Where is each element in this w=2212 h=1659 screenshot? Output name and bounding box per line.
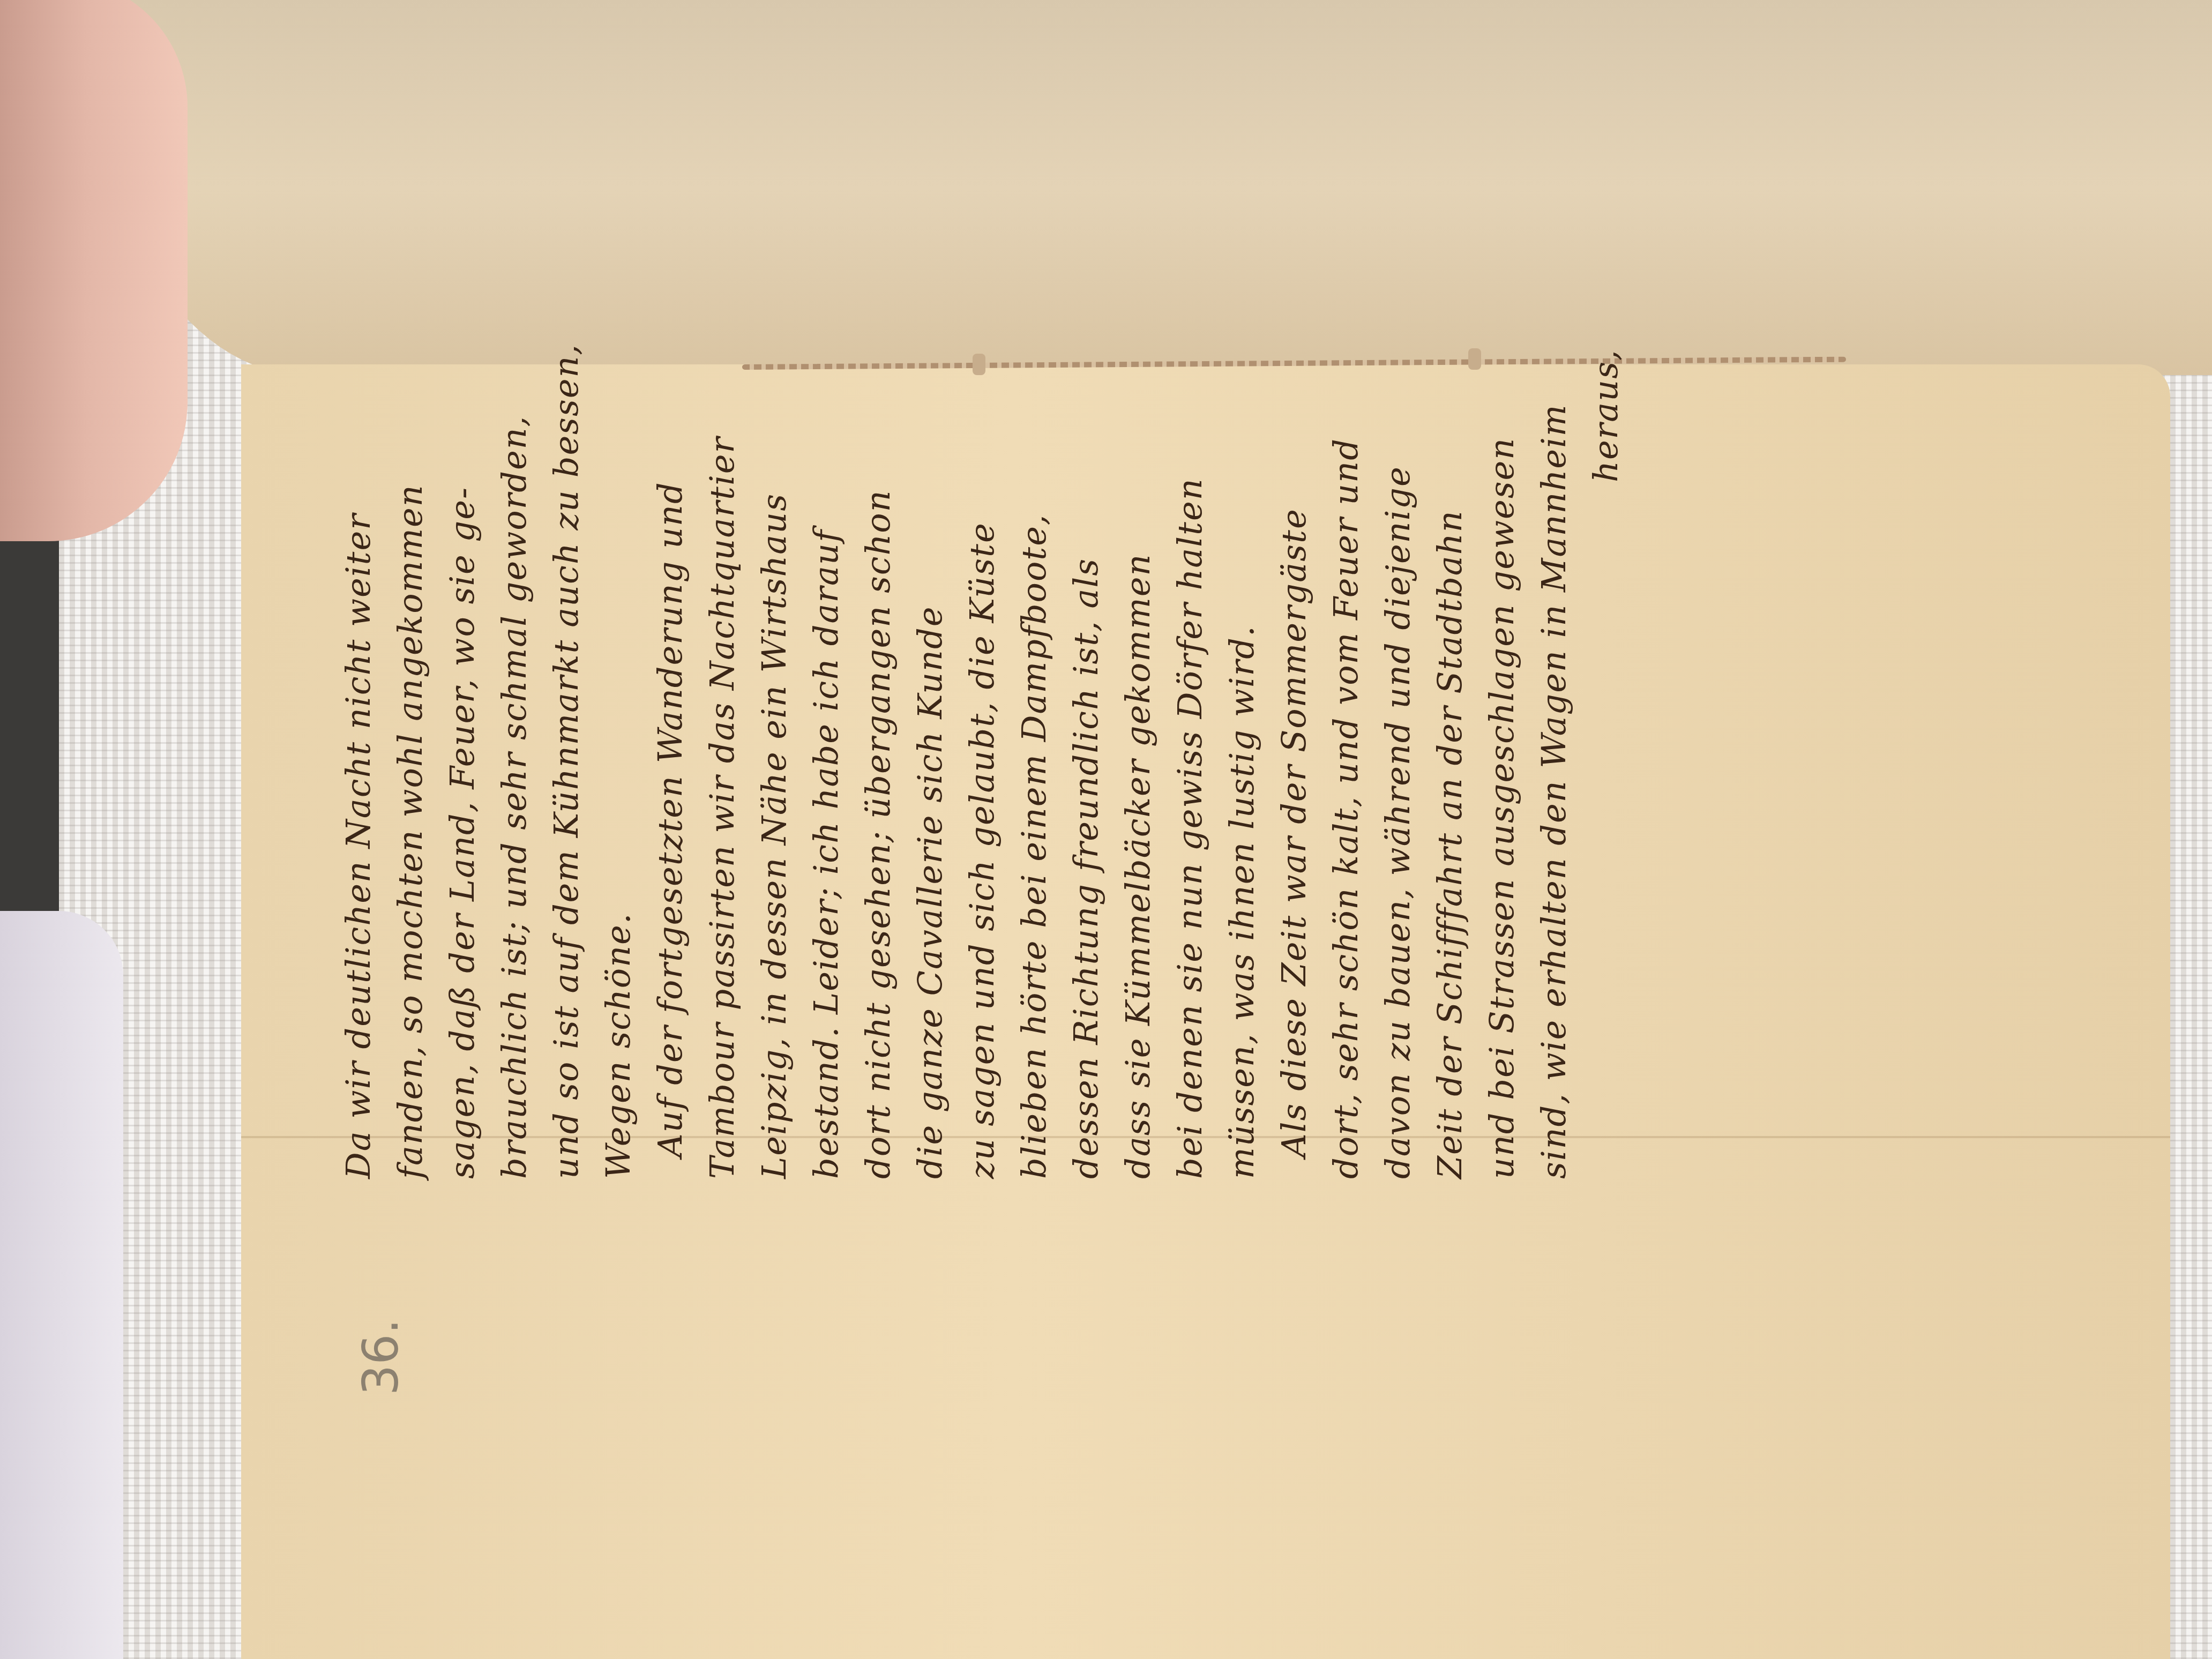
- text-line: bestand. Leider; ich habe ich darauf: [800, 322, 852, 1179]
- text-line: müssen, was ihnen lustig wird.: [1216, 322, 1268, 1179]
- text-line: die ganze Cavallerie sich Kunde: [904, 322, 956, 1179]
- finger: [0, 0, 188, 541]
- handwritten-text: Da wir deutlichen Nacht nicht weiter fan…: [332, 322, 2101, 1179]
- text-line: Wegen schöne.: [592, 322, 644, 1179]
- text-line: davon zu bauen, während und diejenige: [1372, 322, 1424, 1179]
- text-line: dort, sehr schön kalt, und vom Feuer und: [1320, 322, 1372, 1179]
- sleeve: [0, 911, 123, 1659]
- text-line: und so ist auf dem Kühnmarkt auch zu bes…: [540, 322, 592, 1179]
- text-line: bei denen sie nun gewiss Dörfer halten: [1164, 322, 1216, 1179]
- text-line: sagen, daß der Land, Feuer, wo sie ge-: [436, 322, 488, 1179]
- text-line: Da wir deutlichen Nacht nicht weiter: [332, 322, 384, 1179]
- text-line: fanden, so mochten wohl angekommen: [384, 322, 436, 1179]
- text-line: Tambour passirten wir das Nachtquartier: [696, 322, 748, 1179]
- page-number: 36.: [353, 1319, 409, 1395]
- text-line: und bei Strassen ausgeschlagen gewesen: [1476, 322, 1528, 1179]
- text-line: sind, wie erhalten den Wagen in Mannheim: [1528, 322, 1580, 1179]
- facing-page: [80, 0, 2212, 375]
- text-line: Auf der fortgesetzten Wanderung und: [644, 322, 696, 1179]
- text-line: dass sie Kümmelbäcker gekommen: [1112, 322, 1164, 1179]
- text-line: heraus,: [1580, 322, 1632, 1179]
- text-line: dort nicht gesehen; übergangen schon: [852, 322, 904, 1179]
- text-line: dessen Richtung freundlich ist, als: [1060, 322, 1112, 1179]
- text-line: blieben hörte bei einem Dampfboote,: [1008, 322, 1060, 1179]
- text-line: Als diese Zeit war der Sommergäste: [1268, 322, 1320, 1179]
- text-line: Leipzig, in dessen Nähe ein Wirtshaus: [748, 322, 800, 1179]
- text-line: brauchlich ist; und sehr schmal geworden…: [488, 322, 540, 1179]
- text-line: Zeit der Schifffahrt an der Stadtbahn: [1424, 322, 1476, 1179]
- text-line: zu sagen und sich gelaubt, die Küste: [956, 322, 1008, 1179]
